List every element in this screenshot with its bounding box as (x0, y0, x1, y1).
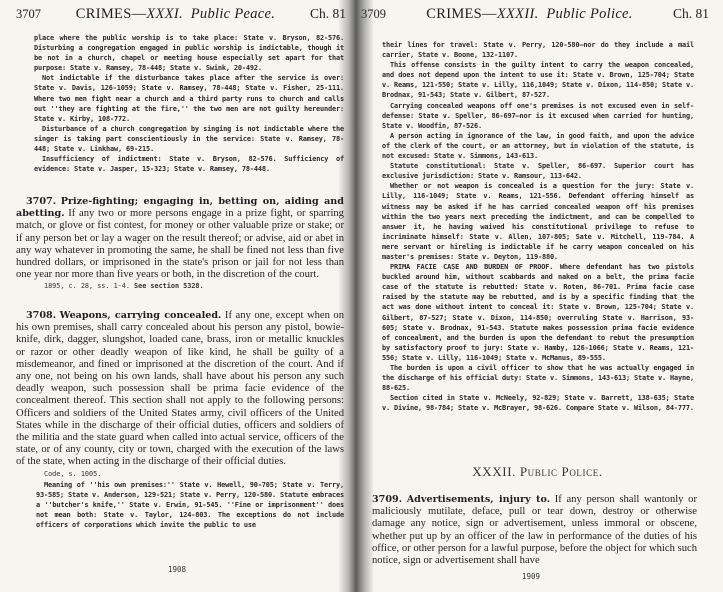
annotation-paragraph: This offense consists in the guilty inte… (382, 60, 694, 100)
section-number: 3707. (26, 196, 56, 207)
section-heading: Advertisements, injury to. (407, 494, 550, 505)
section-body: If any two or more persons engage in a p… (16, 208, 344, 280)
header-title-subject: Public Police. (546, 6, 632, 22)
section-3709: 3709. Advertisements, injury to. If any … (372, 494, 697, 567)
header-section-number: 3707 (16, 7, 41, 22)
left-page: 3707 CRIMES—XXXI. Public Peace. Ch. 81 p… (0, 0, 352, 592)
see-also-reference: See section 5328. (134, 282, 204, 290)
division-title: XXXII. Public Police. (352, 464, 723, 480)
right-page: 3709 CRIMES—XXXII. Public Police. Ch. 81… (352, 0, 723, 592)
annotation-paragraph: Not indictable if the disturbance takes … (34, 73, 344, 123)
annotation-paragraph: Meaning of ''his own premises:'' State v… (36, 480, 344, 530)
section-3708: 3708. Weapons, carrying concealed. If an… (16, 310, 344, 530)
running-header-right: 3709 CRIMES—XXXII. Public Police. Ch. 81 (361, 6, 709, 23)
header-title-roman: XXXII. (497, 6, 539, 22)
history-citation: 1895, c. 28, ss. 1-4. (44, 282, 130, 290)
header-title-subject: Public Peace. (191, 6, 275, 22)
book-gutter-shadow (338, 0, 374, 592)
annotation-paragraph: Disturbance of a church congregation by … (34, 124, 344, 154)
header-title-prefix: CRIMES— (76, 6, 147, 22)
page-number-right: 1909 (522, 572, 540, 581)
page-number-left: 1908 (168, 565, 186, 574)
section-history: 1895, c. 28, ss. 1-4. See section 5328. (44, 281, 344, 291)
annotation-paragraph: Whether or not weapon is concealed is a … (382, 181, 694, 262)
section-number: 3709. (372, 494, 402, 505)
annotation-paragraph: PRIMA FACIE CASE AND BURDEN OF PROOF. Wh… (382, 262, 694, 363)
running-header-left: 3707 CRIMES—XXXI. Public Peace. Ch. 81 (16, 6, 346, 23)
annotation-paragraph: Carrying concealed weapons off one's pre… (382, 101, 694, 131)
section-heading: Weapons, carrying concealed. (60, 310, 222, 321)
annotation-paragraph: Section cited in State v. McNeely, 92-82… (382, 393, 694, 413)
section-number: 3708. (26, 310, 56, 321)
section-history: Code, s. 1005. (44, 469, 344, 479)
annotations-top: place where the public worship is to tak… (34, 33, 344, 174)
annotation-paragraph: A person acting in ignorance of the law,… (382, 131, 694, 161)
annotation-paragraph: place where the public worship is to tak… (34, 33, 344, 73)
header-chapter: Ch. 81 (673, 6, 709, 22)
annotations-3708-continued: their lines for travel: State v. Perry, … (382, 40, 694, 413)
annotations-3708: Meaning of ''his own premises:'' State v… (36, 480, 344, 530)
header-title-prefix: CRIMES— (426, 6, 497, 22)
header-title-roman: XXXI. (146, 6, 183, 22)
annotation-paragraph: Insufficiency of indictment: State v. Br… (34, 154, 344, 174)
annotation-paragraph: their lines for travel: State v. Perry, … (382, 40, 694, 60)
annotation-paragraph: Statute constitutional: State v. Speller… (382, 161, 694, 181)
section-3707: 3707. Prize-fighting; engaging in, betti… (16, 196, 344, 291)
section-body: If any one, except when on his own premi… (16, 310, 344, 467)
annotation-paragraph: The burden is upon a civil officer to sh… (382, 363, 694, 393)
header-title: CRIMES—XXXI. Public Peace. (41, 6, 310, 23)
header-title: CRIMES—XXXII. Public Police. (386, 6, 673, 23)
